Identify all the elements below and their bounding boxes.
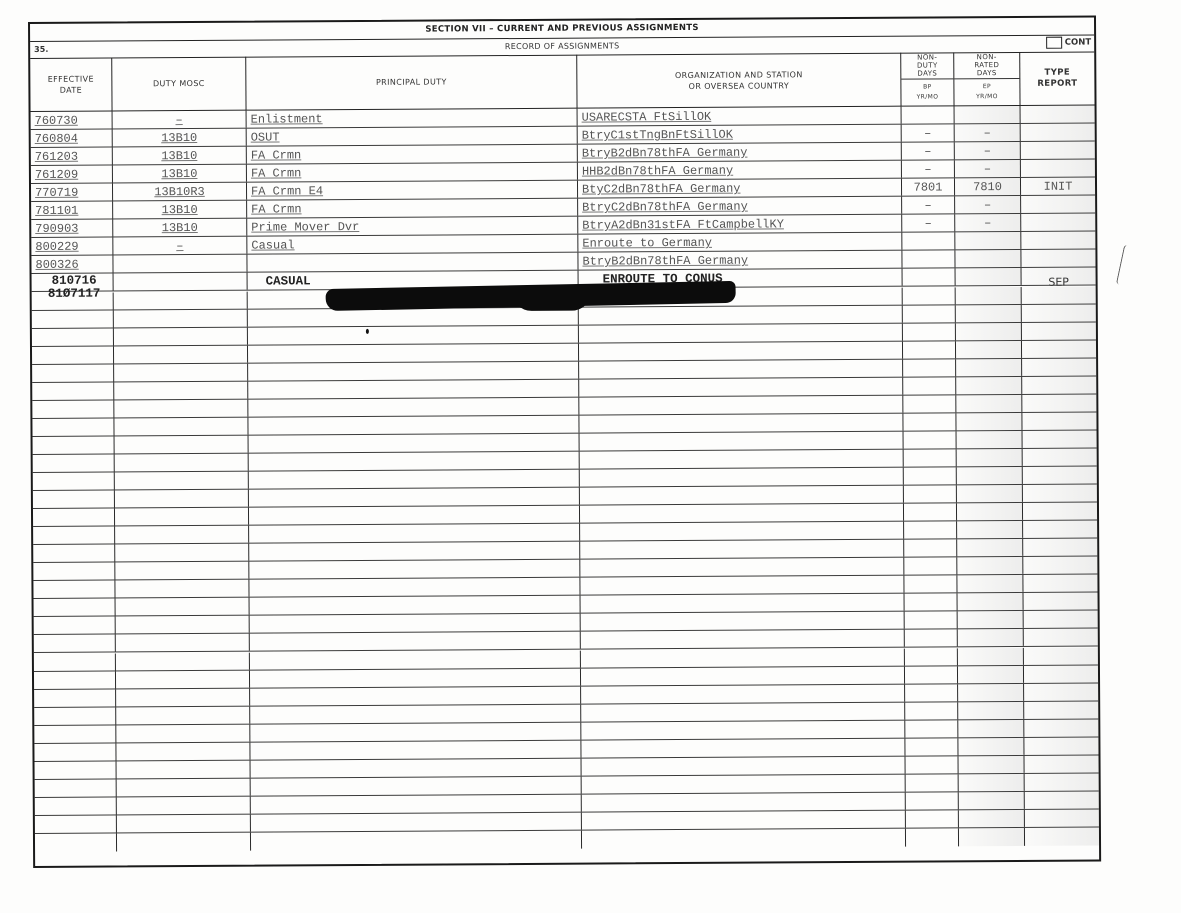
scanned-form-page: SECTION VII – CURRENT AND PREVIOUS ASSIG… xyxy=(0,0,1181,913)
non-duty-days-cell-text: – xyxy=(924,163,931,177)
type-report-cell xyxy=(1025,827,1099,845)
non-duty-days-cell xyxy=(905,612,958,629)
ep-label: EP xyxy=(983,82,991,92)
principal-duty-cell xyxy=(250,686,581,705)
duty-mosc-cell-text: 13B10 xyxy=(161,131,197,145)
organization-cell-text: USARECSTA FtSillOK xyxy=(582,110,712,125)
organization-cell xyxy=(580,576,904,595)
non-rated-days-cell: – xyxy=(955,196,1021,213)
effective-date-cell xyxy=(32,400,114,418)
principal-duty-cell xyxy=(249,542,580,561)
duty-mosc-cell: 13B10 xyxy=(113,129,247,147)
non-rated-days-cell xyxy=(958,684,1024,701)
organization-cell xyxy=(582,811,906,830)
effective-date-cell xyxy=(34,671,116,689)
type-report-cell xyxy=(1022,286,1096,303)
non-rated-days-cell xyxy=(956,304,1022,321)
effective-date-cell xyxy=(33,472,115,490)
principal-duty-cell xyxy=(251,776,582,795)
duty-mosc-cell xyxy=(116,652,250,670)
col-header-duty-mosc: DUTY MOSC xyxy=(112,57,246,112)
duty-mosc-cell xyxy=(115,526,249,544)
organization-cell xyxy=(579,341,903,360)
non-rated-days-cell xyxy=(956,413,1022,430)
non-duty-days-cell-text: – xyxy=(924,127,931,141)
non-duty-days-cell xyxy=(902,233,955,250)
type-report-cell xyxy=(1024,719,1098,736)
duty-mosc-cell xyxy=(117,797,251,815)
principal-duty-cell-text: FA Crmn E4 xyxy=(251,184,323,198)
non-rated-days-cell xyxy=(959,810,1025,827)
organization-cell xyxy=(582,829,906,849)
type-report-cell xyxy=(1022,340,1096,357)
organization-cell xyxy=(581,720,905,739)
organization-cell: BtryA2dBn31stFA FtCampbellKY xyxy=(578,215,902,234)
cont-checkbox[interactable]: CONT xyxy=(1046,37,1091,49)
organization-cell: BtryC1stTngBnFtSillOK xyxy=(578,125,902,144)
non-duty-days-cell: – xyxy=(902,142,955,159)
principal-duty-cell: Enlistment xyxy=(247,109,578,128)
principal-duty-cell-text: Enlistment xyxy=(251,112,323,126)
assignment-rows: 760730–EnlistmentUSARECSTA FtSillOK76080… xyxy=(31,105,1100,865)
non-rated-days-cell xyxy=(956,395,1022,412)
organization-cell xyxy=(579,414,903,433)
organization-cell xyxy=(582,756,906,775)
duty-mosc-cell: 13B10 xyxy=(113,165,247,183)
non-duty-days-cell xyxy=(903,377,956,394)
organization-cell xyxy=(581,648,905,667)
non-rated-days-cell: – xyxy=(955,160,1021,177)
non-rated-days-cell xyxy=(958,593,1024,610)
organization-cell xyxy=(581,612,905,631)
non-rated-days-cell: – xyxy=(955,214,1021,231)
non-duty-days-cell xyxy=(906,810,959,827)
yrmo-label: YR/MO xyxy=(917,93,939,103)
effective-date-cell: 810716 81Ø7117 xyxy=(32,274,114,292)
principal-duty-cell xyxy=(251,758,582,777)
non-duty-days-units: BP YR/MO xyxy=(901,80,953,106)
principal-duty-cell xyxy=(250,650,581,669)
duty-mosc-cell xyxy=(117,778,251,796)
type-report-cell xyxy=(1022,394,1096,411)
non-duty-days-cell xyxy=(904,540,957,557)
record-of-assignments-form: SECTION VII – CURRENT AND PREVIOUS ASSIG… xyxy=(28,15,1101,868)
principal-duty-cell xyxy=(251,795,582,814)
non-rated-days-cell-text: – xyxy=(984,162,991,176)
organization-cell: Enroute to Germany xyxy=(578,233,902,252)
non-rated-days-cell: 7810 xyxy=(955,178,1021,195)
type-report-cell xyxy=(1021,105,1095,122)
type-report-cell xyxy=(1021,124,1095,141)
col-header-non-duty-days: NON- DUTY DAYS BP YR/MO xyxy=(901,52,954,106)
duty-mosc-cell xyxy=(116,598,250,616)
non-duty-days-cell xyxy=(903,323,956,340)
non-rated-days-cell xyxy=(958,629,1024,646)
principal-duty-cell xyxy=(247,253,578,272)
effective-date-cell: 770719 xyxy=(31,184,113,202)
non-duty-days-cell xyxy=(905,684,958,701)
non-rated-days-cell xyxy=(958,665,1024,682)
duty-mosc-cell xyxy=(116,724,250,742)
non-duty-days-cell xyxy=(905,594,958,611)
non-rated-days-cell xyxy=(957,575,1023,592)
duty-mosc-cell xyxy=(114,399,248,417)
non-rated-days-cell xyxy=(956,377,1022,394)
duty-mosc-cell-text: 13B10 xyxy=(161,167,197,181)
type-report-cell xyxy=(1024,611,1098,628)
effective-date-cell xyxy=(34,689,116,707)
non-duty-days-cell xyxy=(905,648,958,665)
effective-date-cell xyxy=(35,761,117,779)
col-header-effective-date: EFFECTIVE DATE xyxy=(30,57,112,111)
effective-date-cell xyxy=(34,743,116,761)
non-rated-days-cell xyxy=(955,250,1021,267)
principal-duty-cell: FA Crmn xyxy=(247,163,578,182)
effective-date-cell xyxy=(32,364,114,382)
effective-date-cell xyxy=(33,545,115,563)
duty-mosc-cell xyxy=(116,706,250,724)
principal-duty-cell xyxy=(249,434,580,453)
principal-duty-cell: FA Crmn xyxy=(247,199,578,218)
type-report-cell xyxy=(1023,503,1097,520)
effective-date-cell xyxy=(33,563,115,581)
duty-mosc-cell xyxy=(114,291,248,309)
col-header-organization: ORGANIZATION AND STATION OR OVERSEA COUN… xyxy=(577,53,901,109)
type-report-cell xyxy=(1022,376,1096,393)
principal-duty-cell xyxy=(249,524,580,543)
effective-date-cell xyxy=(33,436,115,454)
effective-date-cell xyxy=(34,725,116,743)
organization-cell: BtryB2dBn78thFA Germany xyxy=(578,251,902,270)
principal-duty-cell xyxy=(249,560,580,579)
non-duty-days-cell xyxy=(906,792,959,809)
non-duty-days-cell xyxy=(904,521,957,538)
effective-date-cell: 761203 xyxy=(31,148,113,166)
non-duty-days-cell xyxy=(904,467,957,484)
non-duty-days-cell: – xyxy=(902,215,955,232)
non-duty-days-cell xyxy=(903,305,956,322)
non-rated-days-cell xyxy=(957,431,1023,448)
principal-duty-cell xyxy=(248,343,579,362)
principal-duty-cell xyxy=(248,379,579,398)
non-rated-days-units: EP YR/MO xyxy=(954,79,1019,105)
principal-duty-cell xyxy=(250,668,581,687)
organization-cell xyxy=(580,558,904,577)
principal-duty-cell xyxy=(249,452,580,471)
type-report-cell xyxy=(1024,629,1098,646)
non-duty-days-cell xyxy=(905,630,958,647)
non-duty-days-cell xyxy=(903,269,956,286)
duty-mosc-cell xyxy=(116,634,250,652)
type-report-cell xyxy=(1022,322,1096,339)
principal-duty-cell xyxy=(249,578,580,597)
principal-duty-cell xyxy=(248,325,579,344)
non-duty-days-cell: 7801 xyxy=(902,179,955,196)
principal-duty-cell-text: Prime Mover Dvr xyxy=(251,220,359,235)
principal-duty-cell-text: OSUT xyxy=(251,131,280,145)
effective-date-cell xyxy=(35,833,117,852)
duty-mosc-cell xyxy=(114,273,248,291)
type-report-cell xyxy=(1021,250,1095,267)
principal-duty-cell xyxy=(251,831,582,851)
non-rated-days-cell xyxy=(957,449,1023,466)
non-duty-days-cell xyxy=(903,287,956,304)
non-rated-days-cell xyxy=(956,286,1022,303)
organization-cell-text: BtryB2dBn78thFA Germany xyxy=(582,146,748,161)
non-duty-days-cell xyxy=(903,395,956,412)
effective-date-cell-text: 760804 xyxy=(35,132,78,146)
type-report-cell xyxy=(1023,430,1097,447)
non-rated-days-cell-text: – xyxy=(984,216,991,230)
non-duty-days-cell xyxy=(905,702,958,719)
margin-pen-mark xyxy=(1116,245,1131,286)
non-duty-days-cell xyxy=(903,413,956,430)
type-report-cell xyxy=(1023,448,1097,465)
non-rated-days-cell xyxy=(959,756,1025,773)
non-duty-days-cell xyxy=(906,756,959,773)
organization-cell xyxy=(580,504,904,523)
principal-duty-cell xyxy=(248,361,579,380)
type-report-cell xyxy=(1021,160,1095,177)
non-rated-days-cell xyxy=(956,323,1022,340)
non-rated-days-cell xyxy=(959,774,1025,791)
organization-cell xyxy=(579,323,903,342)
organization-cell xyxy=(582,774,906,793)
organization-cell xyxy=(581,738,905,757)
duty-mosc-cell: 13B10R3 xyxy=(113,183,247,201)
non-duty-days-cell xyxy=(906,774,959,791)
type-report-cell xyxy=(1023,466,1097,483)
type-report-cell xyxy=(1022,358,1096,375)
effective-date-cell xyxy=(34,599,116,617)
organization-cell xyxy=(579,377,903,396)
duty-mosc-cell xyxy=(116,688,250,706)
type-report-cell xyxy=(1021,196,1095,213)
duty-mosc-cell: 13B10 xyxy=(113,147,247,165)
effective-date-cell xyxy=(32,418,114,436)
organization-cell xyxy=(579,359,903,378)
type-report-cell xyxy=(1023,521,1097,538)
non-rated-days-cell: – xyxy=(955,142,1021,159)
effective-date-cell: 790903 xyxy=(31,220,113,238)
effective-date-cell-text: 781101 xyxy=(35,204,78,218)
non-rated-days-cell-text: – xyxy=(984,198,991,212)
organization-cell-text: BtryB2dBn78thFA Germany xyxy=(582,254,748,269)
non-duty-days-cell xyxy=(904,558,957,575)
non-rated-days-cell-text: 7810 xyxy=(973,180,1002,194)
type-report-cell xyxy=(1023,539,1097,556)
duty-mosc-cell xyxy=(115,436,249,454)
non-duty-days-cell xyxy=(903,359,956,376)
col-header-type-report: TYPE REPORT xyxy=(1020,51,1094,105)
effective-date-cell xyxy=(32,328,114,346)
non-rated-days-cell: – xyxy=(955,124,1021,141)
organization-cell: USARECSTA FtSillOK xyxy=(578,107,902,126)
duty-mosc-cell xyxy=(115,580,249,598)
principal-duty-cell: OSUT xyxy=(247,127,578,146)
duty-mosc-cell: 13B10 xyxy=(113,219,247,237)
principal-duty-cell xyxy=(250,722,581,741)
non-rated-days-cell xyxy=(957,503,1023,520)
principal-duty-cell: Casual xyxy=(247,235,578,254)
effective-date-cell xyxy=(32,292,114,310)
duty-mosc-cell xyxy=(116,742,250,760)
duty-mosc-cell-text: 13B10R3 xyxy=(154,185,205,199)
redaction-bar-bulge xyxy=(512,291,592,311)
non-rated-days-cell xyxy=(959,792,1025,809)
duty-mosc-cell xyxy=(114,309,248,327)
organization-cell xyxy=(581,594,905,613)
type-report-cell xyxy=(1022,304,1096,321)
principal-duty-cell xyxy=(248,415,579,434)
type-report-cell xyxy=(1023,485,1097,502)
non-rated-days-cell xyxy=(957,485,1023,502)
type-report-cell xyxy=(1024,665,1098,682)
duty-mosc-cell xyxy=(114,327,248,345)
principal-duty-cell xyxy=(250,632,581,651)
effective-date-cell-text: 761203 xyxy=(35,150,78,164)
type-report-cell xyxy=(1025,773,1099,790)
effective-date-cell xyxy=(34,653,116,671)
principal-duty-cell xyxy=(250,740,581,759)
organization-cell xyxy=(581,630,905,649)
effective-date-cell-text: 800326 xyxy=(35,258,78,272)
type-report-cell-text: INIT xyxy=(1044,180,1073,194)
duty-mosc-cell-text: – xyxy=(176,239,183,253)
type-report-cell xyxy=(1023,557,1097,574)
principal-duty-cell-text: FA Crmn xyxy=(251,166,302,180)
non-duty-days-cell xyxy=(904,503,957,520)
ink-speck xyxy=(366,329,369,334)
type-report-cell xyxy=(1024,701,1098,718)
organization-cell xyxy=(580,540,904,559)
duty-mosc-cell xyxy=(114,418,248,436)
non-duty-days-cell xyxy=(905,666,958,683)
type-report-cell xyxy=(1025,809,1099,826)
type-report-cell xyxy=(1021,142,1095,159)
duty-mosc-cell-text: 13B10 xyxy=(162,221,198,235)
effective-date-cell: 781101 xyxy=(31,202,113,220)
effective-date-cell xyxy=(34,707,116,725)
non-duty-days-cell xyxy=(906,828,959,846)
non-duty-days-cell: – xyxy=(902,160,955,177)
effective-date-cell xyxy=(33,527,115,545)
duty-mosc-cell-text: 13B10 xyxy=(162,203,198,217)
checkbox-icon[interactable] xyxy=(1046,37,1062,49)
type-report-cell xyxy=(1025,755,1099,772)
duty-mosc-cell xyxy=(115,490,249,508)
effective-date-cell-text: 770719 xyxy=(35,186,78,200)
type-report-cell: SEP xyxy=(1022,268,1096,285)
yrmo-label: YR/MO xyxy=(976,92,998,102)
duty-mosc-cell xyxy=(117,833,251,852)
organization-cell: BtryB2dBn78thFA Germany xyxy=(578,143,902,162)
principal-duty-cell-text: Casual xyxy=(251,239,294,253)
non-rated-days-label: NON- RATED DAYS xyxy=(954,52,1019,80)
col-header-principal-duty: PRINCIPAL DUTY xyxy=(246,55,577,111)
principal-duty-cell xyxy=(251,813,582,832)
bp-label: BP xyxy=(923,83,932,93)
duty-mosc-cell: – xyxy=(113,111,247,129)
organization-cell: BtryC2dBn78thFA Germany xyxy=(578,197,902,216)
type-report-cell xyxy=(1024,737,1098,754)
duty-mosc-cell xyxy=(114,381,248,399)
principal-duty-cell: Prime Mover Dvr xyxy=(247,217,578,236)
non-duty-days-cell-text: – xyxy=(924,199,931,213)
effective-date-cell xyxy=(34,617,116,635)
non-duty-days-cell-text: – xyxy=(924,145,931,159)
organization-cell xyxy=(580,522,904,541)
non-rated-days-cell xyxy=(956,341,1022,358)
effective-date-cell xyxy=(33,581,115,599)
effective-date-cell-text: 761209 xyxy=(35,168,78,182)
effective-date-cell: 760804 xyxy=(31,130,113,148)
effective-date-cell-text: 800229 xyxy=(35,240,78,254)
duty-mosc-cell xyxy=(115,454,249,472)
organization-cell xyxy=(582,793,906,812)
principal-duty-cell xyxy=(249,488,580,507)
principal-duty-cell xyxy=(248,397,579,416)
principal-duty-cell-text: FA Crmn xyxy=(251,203,302,217)
effective-date-cell xyxy=(32,346,114,364)
non-duty-days-cell xyxy=(905,720,958,737)
organization-cell-text: BtryC2dBn78thFA Germany xyxy=(582,200,748,215)
non-rated-days-cell-text: – xyxy=(984,144,991,158)
organization-cell xyxy=(581,684,905,703)
principal-duty-cell-text: FA Crmn xyxy=(251,148,302,162)
duty-mosc-cell xyxy=(115,508,249,526)
effective-date-cell xyxy=(32,382,114,400)
non-duty-days-cell-text: – xyxy=(925,217,932,231)
organization-cell-text: Enroute to Germany xyxy=(582,236,712,251)
non-rated-days-cell-text: – xyxy=(984,126,991,140)
organization-cell-text: HHB2dBn78thFA Germany xyxy=(582,164,733,179)
type-report-cell xyxy=(1023,575,1097,592)
non-duty-days-cell xyxy=(904,576,957,593)
duty-mosc-cell xyxy=(115,544,249,562)
non-rated-days-cell xyxy=(957,467,1023,484)
non-rated-days-cell xyxy=(958,738,1024,755)
duty-mosc-cell xyxy=(117,815,251,833)
principal-duty-cell xyxy=(250,596,581,615)
non-duty-days-cell xyxy=(903,341,956,358)
type-report-cell xyxy=(1024,647,1098,664)
non-rated-days-cell xyxy=(957,539,1023,556)
type-report-cell: INIT xyxy=(1021,178,1095,195)
organization-cell: BtyC2dBn78thFA Germany xyxy=(578,179,902,198)
non-rated-days-cell xyxy=(959,828,1025,846)
non-duty-days-label: NON- DUTY DAYS xyxy=(901,52,953,80)
non-rated-days-cell xyxy=(955,106,1021,123)
type-report-cell xyxy=(1024,683,1098,700)
organization-cell-text: BtyC2dBn78thFA Germany xyxy=(582,182,741,197)
principal-duty-cell-text: CASUAL xyxy=(266,275,311,289)
duty-mosc-cell: 13B10 xyxy=(113,201,247,219)
non-duty-days-cell: – xyxy=(902,124,955,141)
principal-duty-cell xyxy=(250,614,581,633)
effective-date-cell: 800229 xyxy=(31,238,113,256)
organization-cell xyxy=(580,432,904,451)
non-duty-days-cell xyxy=(902,106,955,123)
non-duty-days-cell xyxy=(904,431,957,448)
organization-cell xyxy=(581,666,905,685)
effective-date-cell: 800326 xyxy=(31,256,113,274)
principal-duty-cell: FA Crmn E4 xyxy=(247,181,578,200)
duty-mosc-cell xyxy=(116,616,250,634)
effective-date-cell xyxy=(34,635,116,653)
non-rated-days-cell xyxy=(958,720,1024,737)
organization-cell xyxy=(579,305,903,324)
